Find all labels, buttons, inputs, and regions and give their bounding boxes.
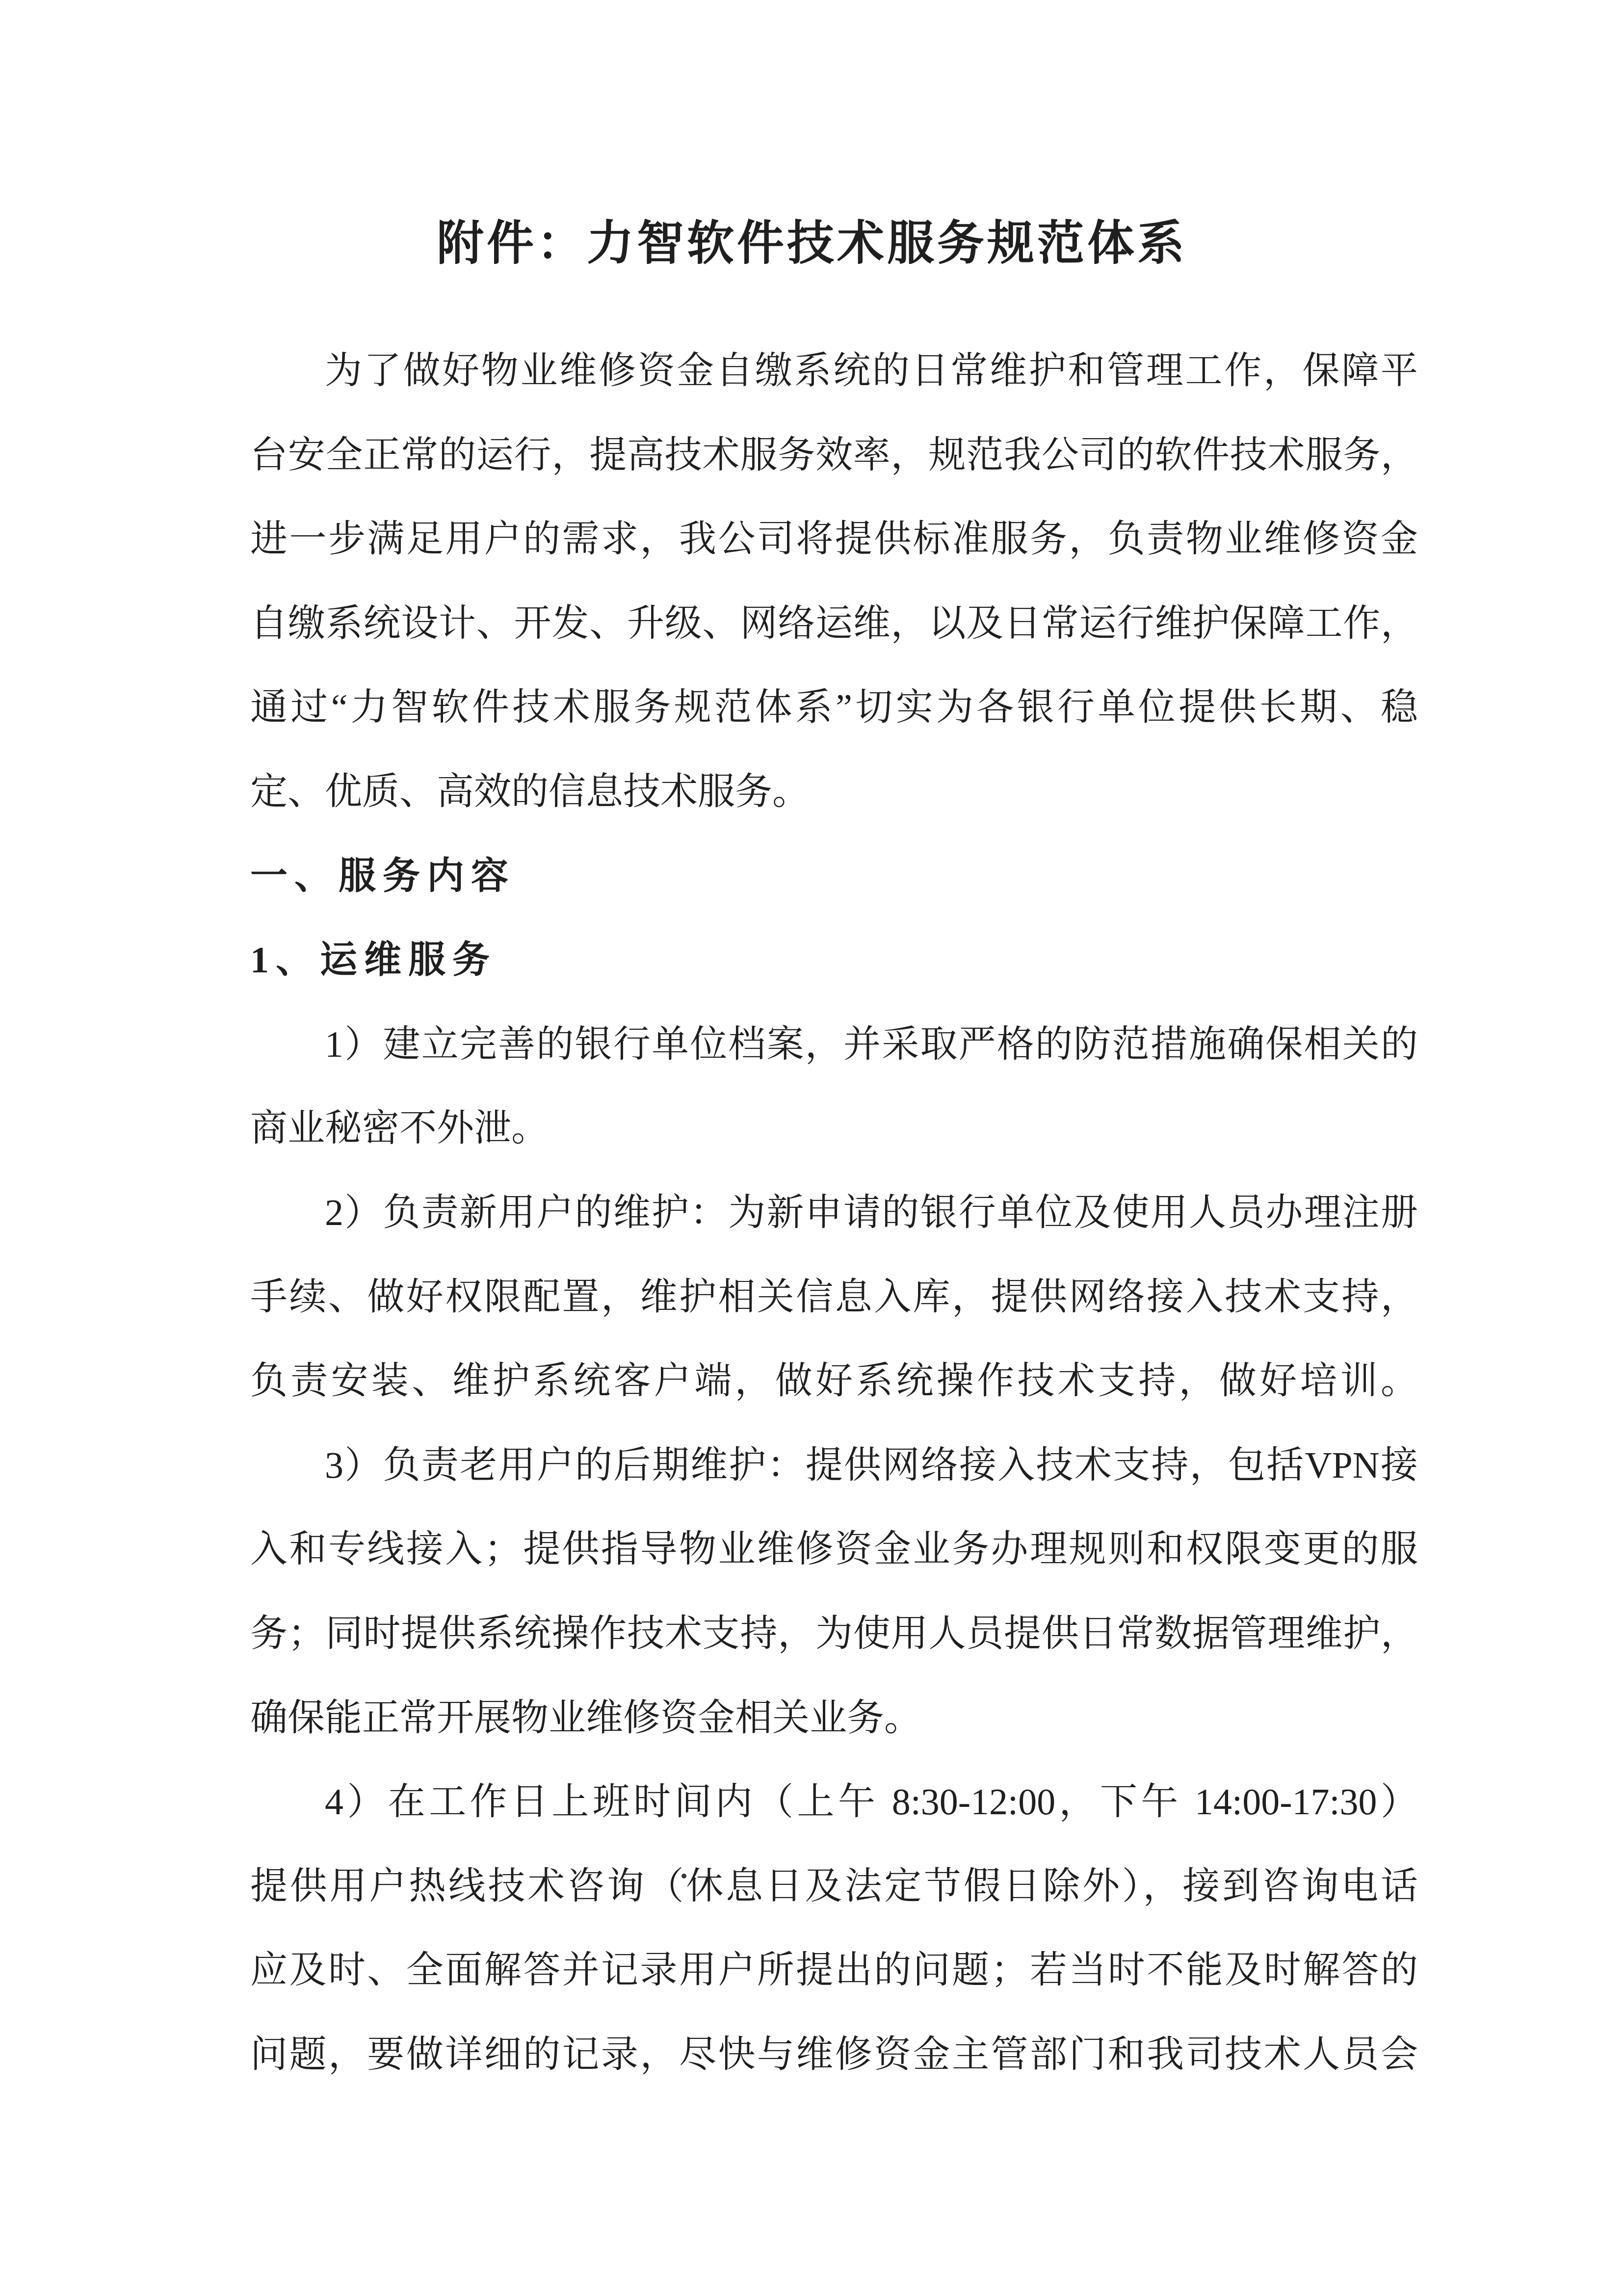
text-line: 确保能正常开展物业维修资金相关业务。 <box>250 1676 1418 1761</box>
text-line: 提供用户热线技术咨询（休息日及法定节假日除外），接到咨询电话 <box>250 1845 1418 1929</box>
text-line: 通过“力智软件技术服务规范体系”切实为各银行单位提供长期、稳 <box>250 666 1418 750</box>
text-line: 应及时、全面解答并记录用户所提出的问题；若当时不能及时解答的 <box>250 1929 1418 2013</box>
text-line: 3）负责老用户的后期维护：提供网络接入技术支持，包括VPN接 <box>250 1424 1418 1508</box>
scan-speck-artifact <box>681 1874 686 1879</box>
text-line: 负责安装、维护系统客户端，做好系统操作技术支持，做好培训。 <box>250 1339 1418 1424</box>
text-line: 4）在工作日上班时间内（上午 8:30-12:00，下午 14:00-17:30… <box>250 1760 1418 1845</box>
text-line: 2）负责新用户的维护：为新申请的银行单位及使用人员办理注册 <box>250 1171 1418 1255</box>
text-line: 定、优质、高效的信息技术服务。 <box>250 750 1418 835</box>
document-body: 为了做好物业维修资金自缴系统的日常维护和管理工作，保障平台安全正常的运行，提高技… <box>250 329 1418 2097</box>
text-line: 入和专线接入；提供指导物业维修资金业务办理规则和权限变更的服 <box>250 1508 1418 1592</box>
text-line: 手续、做好权限配置，维护相关信息入库，提供网络接入技术支持， <box>250 1255 1418 1340</box>
text-line: 为了做好物业维修资金自缴系统的日常维护和管理工作，保障平 <box>250 329 1418 414</box>
text-line: 问题，要做详细的记录，尽快与维修资金主管部门和我司技术人员会 <box>250 2013 1418 2097</box>
text-line: 务；同时提供系统操作技术支持，为使用人员提供日常数据管理维护， <box>250 1592 1418 1676</box>
document-page: 附件：力智软件技术服务规范体系 为了做好物业维修资金自缴系统的日常维护和管理工作… <box>0 0 1624 2296</box>
text-line: 商业秘密不外泄。 <box>250 1087 1418 1171</box>
heading-line: 一、服务内容 <box>250 835 1418 919</box>
text-line: 进一步满足用户的需求，我公司将提供标准服务，负责物业维修资金 <box>250 497 1418 582</box>
heading-line: 1、运维服务 <box>250 918 1418 1003</box>
document-title: 附件：力智软件技术服务规范体系 <box>0 194 1624 292</box>
text-line: 1）建立完善的银行单位档案，并采取严格的防范措施确保相关的 <box>250 1003 1418 1087</box>
text-line: 自缴系统设计、开发、升级、网络运维，以及日常运行维护保障工作， <box>250 582 1418 666</box>
text-line: 台安全正常的运行，提高技术服务效率，规范我公司的软件技术服务， <box>250 414 1418 498</box>
